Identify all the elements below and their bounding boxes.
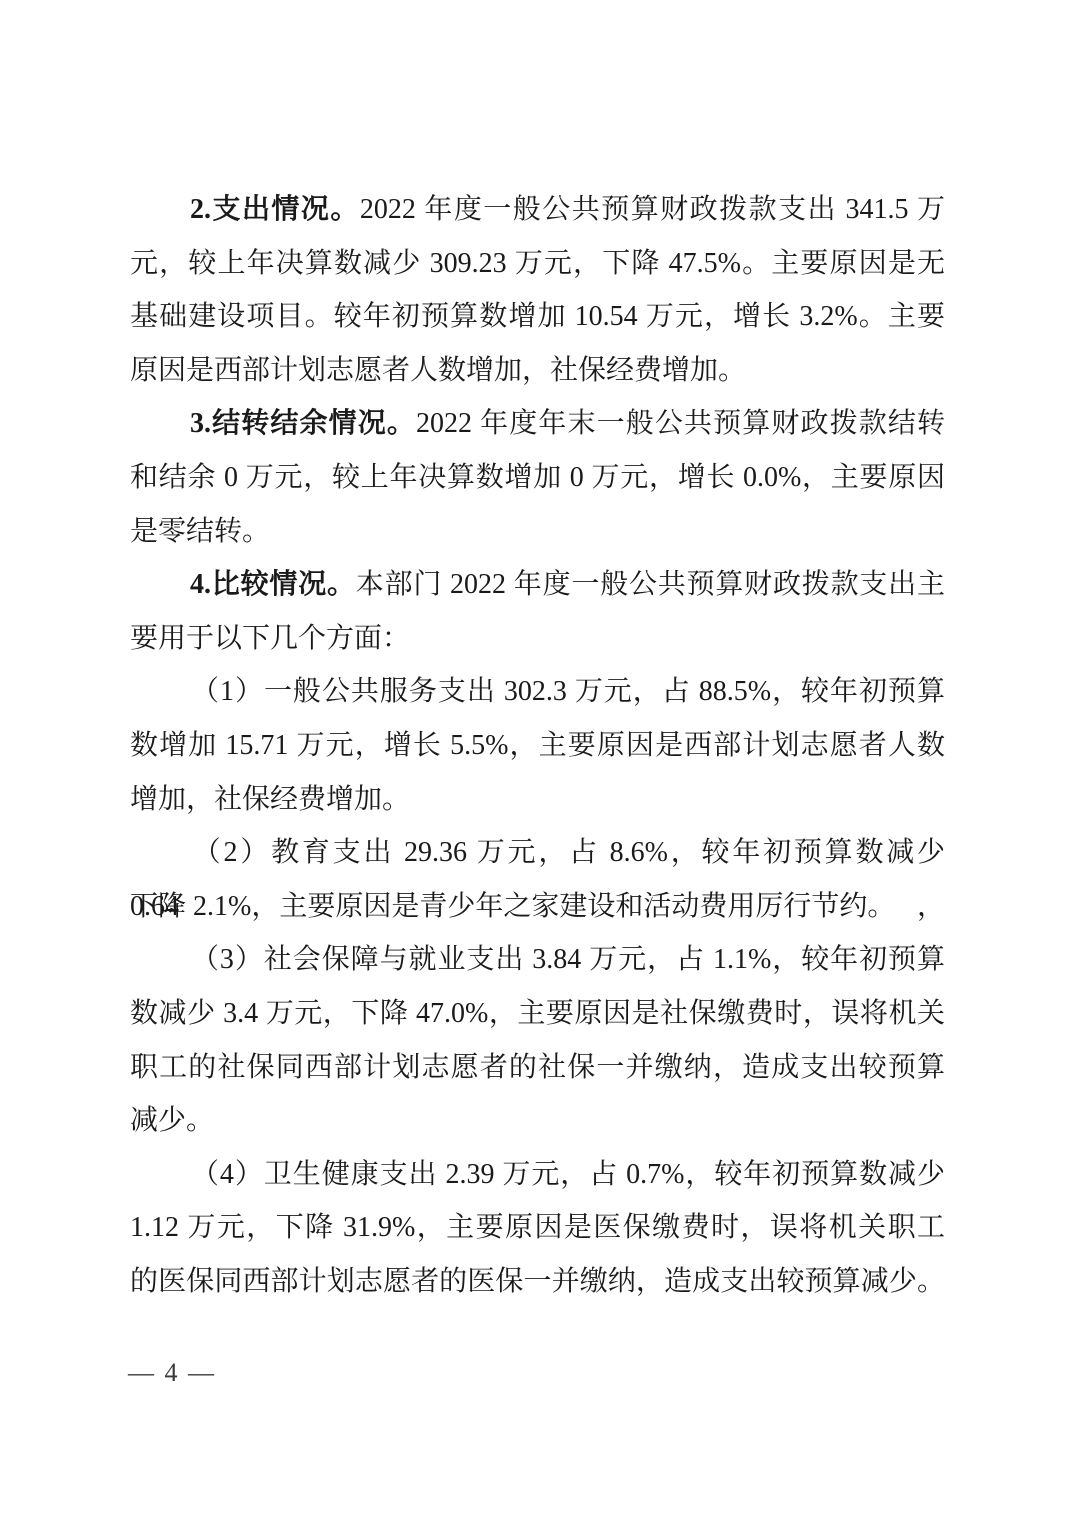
paragraph-lead: 2.支出情况。 [190,194,360,225]
paragraph-lead: 4.比较情况。 [190,569,356,600]
text-line: （3）社会保障与就业支出 3.84 万元，占 1.1%，较年初预算 [130,933,945,987]
paragraph-indent [130,860,190,861]
text-line: 是零结转。 [130,505,945,559]
paragraph-indent [130,431,190,432]
page-number: — 4 — [128,1358,216,1387]
text-line: 和结余 0 万元，较上年决算数增加 0 万元，增长 0.0%，主要原因 [130,451,945,505]
document-page: 2.支出情况。2022 年度一般公共预算财政拨款支出 341.5 万元，较上年决… [0,0,1074,1520]
text-line: 4.比较情况。本部门 2022 年度一般公共预算财政拨款支出主 [130,558,945,612]
page-footer: — 4 — [128,1356,216,1390]
text-line: 3.结转结余情况。2022 年度年末一般公共预算财政拨款结转 [130,397,945,451]
text-line: 原因是西部计划志愿者人数增加，社保经费增加。 [130,344,945,398]
text-line: 职工的社保同西部计划志愿者的社保一并缴纳，造成支出较预算 [130,1041,945,1095]
text-line: 增加，社保经费增加。 [130,773,945,827]
paragraph-indent [130,1182,190,1183]
paragraph-indent [130,592,190,593]
text-line: 1.12 万元，下降 31.9%，主要原因是医保缴费时，误将机关职工 [130,1201,945,1255]
text-line: （1）一般公共服务支出 302.3 万元，占 88.5%，较年初预算 [130,665,945,719]
text-line: 减少。 [130,1094,945,1148]
text-line: 数增加 15.71 万元，增长 5.5%，主要原因是西部计划志愿者人数 [130,719,945,773]
paragraph-lead: 3.结转结余情况。 [190,408,416,439]
document-body: 2.支出情况。2022 年度一般公共预算财政拨款支出 341.5 万元，较上年决… [130,183,945,1308]
paragraph-indent [130,699,190,700]
text-line: 数减少 3.4 万元，下降 47.0%，主要原因是社保缴费时，误将机关 [130,987,945,1041]
text-line: 的医保同西部计划志愿者的医保一并缴纳，造成支出较预算减少。 [130,1255,945,1309]
text-line: 2.支出情况。2022 年度一般公共预算财政拨款支出 341.5 万 [130,183,945,237]
paragraph-indent [130,967,190,968]
paragraph-indent [130,217,190,218]
text-line: 元，较上年决算数减少 309.23 万元，下降 47.5%。主要原因是无 [130,237,945,291]
text-line: （4）卫生健康支出 2.39 万元，占 0.7%，较年初预算数减少 [130,1148,945,1202]
text-line: 基础建设项目。较年初预算数增加 10.54 万元，增长 3.2%。主要 [130,290,945,344]
text-line: 下降 2.1%，主要原因是青少年之家建设和活动费用厉行节约。 [130,880,945,934]
text-line: （2）教育支出 29.36 万元，占 8.6%，较年初预算数减少 0.64， [130,826,945,880]
text-line: 要用于以下几个方面： [130,612,945,666]
